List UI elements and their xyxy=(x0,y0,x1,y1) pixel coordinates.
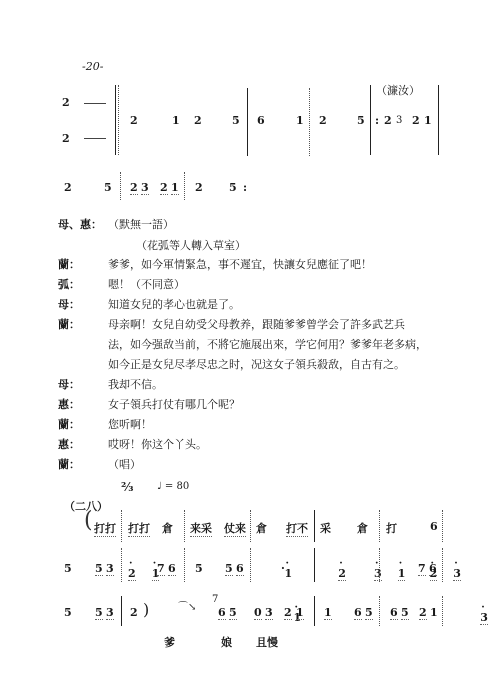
note: 2 xyxy=(130,606,138,619)
barline xyxy=(314,510,315,542)
stage-direction: （花弧等人轉入草室） xyxy=(136,237,246,253)
dialogue-line: 惠： 女子領兵打仗有哪几个呢？ xyxy=(58,396,240,412)
note: 1 xyxy=(324,606,332,620)
line-text: 知道女兒的孝心也就是了。 xyxy=(108,296,240,312)
note: 2 xyxy=(384,114,392,127)
note: 1 xyxy=(296,606,304,620)
dialogue-line: 蘭： 爹爹，如今軍情緊急，事不遲宜，快讓女兒應征了吧！ xyxy=(58,256,372,272)
line-text: 您听啊！ xyxy=(108,416,152,432)
line-text: （默無一語） xyxy=(108,216,174,232)
note: 1 xyxy=(285,567,293,580)
percussion-syllable: 来采 xyxy=(190,520,212,537)
note: 5 xyxy=(229,181,237,194)
barline xyxy=(379,548,380,582)
barline xyxy=(250,548,251,582)
barline xyxy=(184,510,185,542)
slur-glissando: ⌒↘ xyxy=(178,598,196,613)
note: 7 xyxy=(418,562,426,576)
note: 3 xyxy=(106,562,114,576)
barline xyxy=(442,548,443,582)
line-text: （唱） xyxy=(108,456,141,472)
note: 6 xyxy=(236,562,244,576)
system-bracket xyxy=(115,85,116,155)
note: 3 xyxy=(374,567,382,581)
staff-prefix: 5 xyxy=(64,606,72,619)
note: 2 xyxy=(194,114,202,127)
barline xyxy=(442,596,443,626)
note: 1 xyxy=(398,567,406,581)
speaker: 母、惠： xyxy=(58,216,108,232)
dialogue-line: 法，如今强敌当前，不將它施展出來，学它何用？爹爹年老多病， xyxy=(58,336,427,352)
percussion-syllable: 打 xyxy=(386,520,397,536)
barline xyxy=(442,510,443,542)
dialogue-line: 母： 知道女兒的孝心也就是了。 xyxy=(58,296,240,312)
percussion-syllable: 打不 xyxy=(286,520,308,537)
note: 6 xyxy=(354,606,362,620)
note: 3 xyxy=(265,606,273,620)
line-text: （花弧等人轉入草室） xyxy=(136,237,246,253)
note: 6 xyxy=(390,606,398,620)
barline xyxy=(314,596,315,626)
note: 2 xyxy=(412,114,420,127)
tempo-marking: ♩ = 80 xyxy=(157,481,189,492)
percussion-syllable: 倉 xyxy=(357,520,368,536)
line-text: 如今正是女兒尽孝尽忠之时，况这女子領兵殺敌，自古有之。 xyxy=(108,356,405,372)
speaker: 惠： xyxy=(58,396,108,412)
note: 2 xyxy=(130,114,138,127)
note: 5 xyxy=(401,606,409,620)
dialogue-line: 母、惠： （默無一語） xyxy=(58,216,174,232)
note: 5 xyxy=(365,606,373,620)
note: 2 xyxy=(195,181,203,194)
score-bottom: ( 打打 打打 倉 来采 仗来 倉 打不 采 倉 打 6 5 5 3 2 1 7… xyxy=(0,0,488,19)
note: 3 xyxy=(453,567,461,581)
barline xyxy=(184,548,185,582)
speaker: 蘭： xyxy=(58,456,108,472)
grace-note: 7 xyxy=(212,594,218,605)
dialogue-line: 惠： 哎呀！你这个丫头。 xyxy=(58,436,207,452)
line-text: 女子領兵打仗有哪几个呢？ xyxy=(108,396,240,412)
line-text: 母亲啊！女兒自幼受父母教养，跟随爹爹曾学会了許多武艺兵 xyxy=(108,316,405,332)
speaker: 蘭： xyxy=(58,316,108,332)
annotation: （濂汝） xyxy=(376,82,420,98)
barline xyxy=(120,172,121,200)
note: 2 xyxy=(130,181,138,195)
note: 2 xyxy=(284,606,292,620)
staff-prefix: 5 xyxy=(64,562,72,575)
speaker: 蘭： xyxy=(58,416,108,432)
dot: · xyxy=(281,562,285,575)
speaker xyxy=(58,336,108,352)
note: 2 xyxy=(419,606,427,620)
note: 5 xyxy=(104,181,112,194)
barline xyxy=(379,510,380,542)
dialogue-line: 蘭： 您听啊！ xyxy=(58,416,152,432)
speaker xyxy=(58,356,108,372)
barline xyxy=(379,596,380,626)
note: 5 xyxy=(95,562,103,576)
barline xyxy=(309,88,310,156)
dialogue-line: 蘭： 母亲啊！女兒自幼受父母教养，跟随爹爹曾学会了許多武艺兵 xyxy=(58,316,405,332)
note: 1 xyxy=(171,181,179,195)
speaker: 母： xyxy=(58,376,108,392)
dialogue-line: 弧： 嗯！（不同意） xyxy=(58,276,185,292)
lyric: 且慢 xyxy=(256,634,278,650)
note: 2 xyxy=(160,181,168,195)
barline xyxy=(250,510,251,542)
note: 6 xyxy=(168,562,176,576)
percussion-syllable: 采 xyxy=(320,520,331,536)
speaker: 惠： xyxy=(58,436,108,452)
lyric: 娘 xyxy=(221,634,232,650)
staff-prefix-lower: 2 xyxy=(62,132,70,145)
note: 5 xyxy=(225,562,233,576)
line-text: 法，如今强敌当前，不將它施展出來，学它何用？爹爹年老多病， xyxy=(108,336,427,352)
note: 6 xyxy=(257,114,265,127)
note: 6 xyxy=(430,520,438,533)
note: 6 xyxy=(429,562,437,576)
note: 2 xyxy=(338,567,346,581)
note: 2 xyxy=(319,114,327,127)
percussion-syllable: 倉 xyxy=(162,520,173,536)
dialogue-line: 如今正是女兒尽孝尽忠之时，况这女子領兵殺敌，自古有之。 xyxy=(58,356,405,372)
note: 3 xyxy=(141,181,149,195)
page-number: -20- xyxy=(82,60,103,73)
note: 7 xyxy=(157,562,165,576)
note: 1 xyxy=(172,114,180,127)
note: 5 xyxy=(229,606,237,620)
speaker: 蘭： xyxy=(58,256,108,272)
barline xyxy=(438,85,439,155)
staff-dash xyxy=(84,138,106,139)
staff-dash xyxy=(84,103,106,104)
percussion-syllable: 打打 xyxy=(128,520,150,537)
note: 5 xyxy=(232,114,240,127)
barline xyxy=(121,596,122,626)
line-text: 我却不信。 xyxy=(108,376,163,392)
percussion-syllable: 仗来 xyxy=(224,520,246,537)
speaker: 母： xyxy=(58,296,108,312)
dialogue-line: 母： 我却不信。 xyxy=(58,376,163,392)
barline xyxy=(370,85,371,155)
barline xyxy=(121,510,122,542)
barline xyxy=(247,88,248,156)
note: 3 xyxy=(396,115,402,126)
note: 2 xyxy=(128,567,136,581)
barline xyxy=(314,548,315,582)
note: 2 xyxy=(64,181,72,194)
note: 3 xyxy=(106,606,114,620)
line-text: 爹爹，如今軍情緊急，事不遲宜，快讓女兒應征了吧！ xyxy=(108,256,372,272)
barline xyxy=(184,172,185,200)
percussion-syllable: 倉 xyxy=(256,520,267,536)
barline xyxy=(121,548,122,582)
lyric: 爹 xyxy=(164,634,175,650)
percussion-syllable: 打打 xyxy=(94,520,116,537)
line-text: 哎呀！你这个丫头。 xyxy=(108,436,207,452)
line-text: 嗯！（不同意） xyxy=(108,276,185,292)
dialogue-line: 蘭： （唱） xyxy=(58,456,141,472)
staff-prefix-upper: 2 xyxy=(62,96,70,109)
note: 1 xyxy=(296,114,304,127)
note: 0 xyxy=(254,606,262,620)
note: 1 xyxy=(424,114,432,127)
note: 5 xyxy=(357,114,365,127)
note: 3 xyxy=(480,611,488,625)
speaker: 弧： xyxy=(58,276,108,292)
note: 1 xyxy=(430,606,438,619)
note: 5 xyxy=(95,606,103,620)
note: 5 xyxy=(195,562,203,575)
barline xyxy=(118,85,119,155)
note: 6 xyxy=(218,606,226,620)
time-signature: ⅔ xyxy=(121,480,133,494)
